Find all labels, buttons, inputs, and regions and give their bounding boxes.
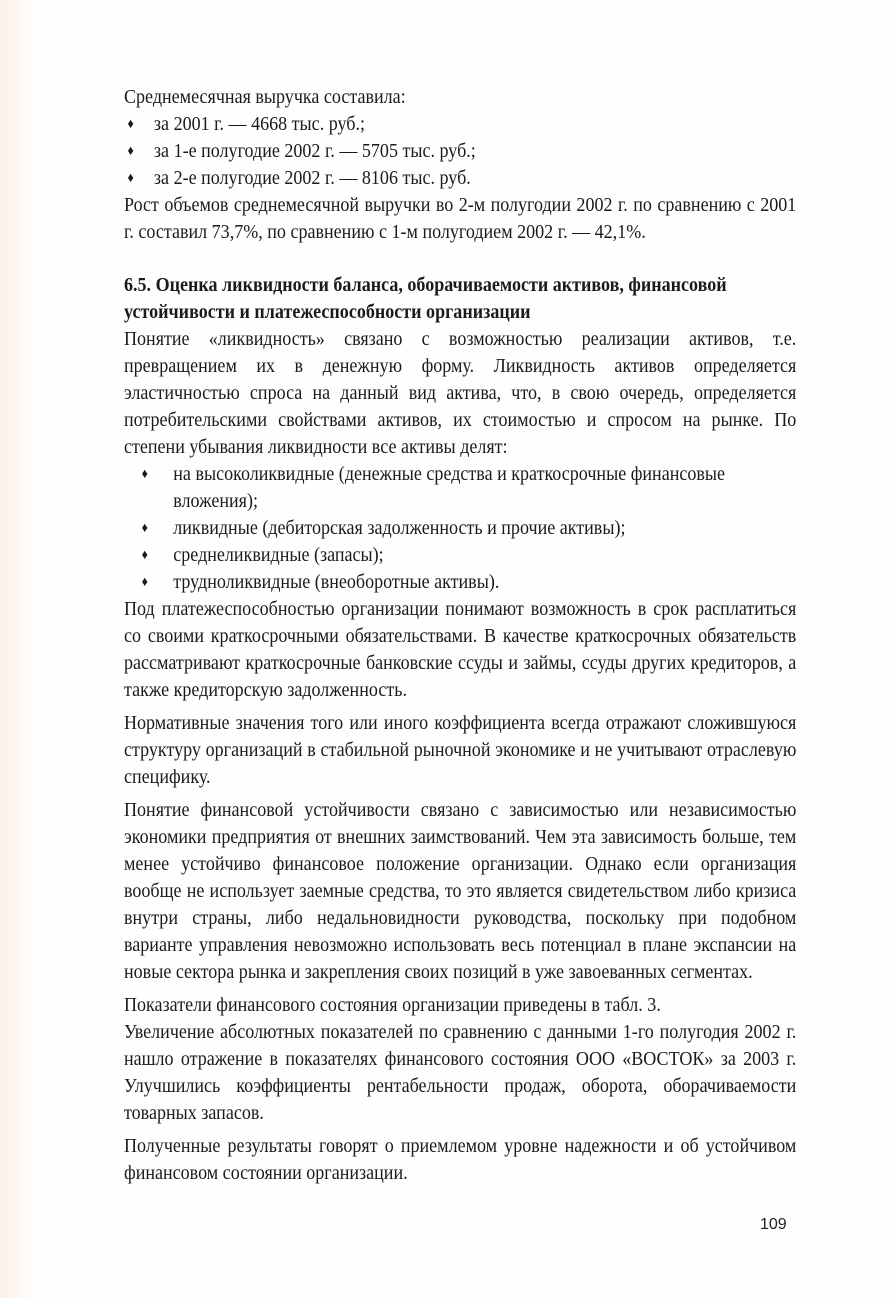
list-item: ♦за 1-е полугодие 2002 г. — 5705 тыс. ру… bbox=[124, 138, 796, 165]
list-item: ♦за 2-е полугодие 2002 г. — 8106 тыс. ру… bbox=[124, 165, 796, 192]
bullet-icon: ♦ bbox=[128, 138, 134, 165]
bullet-icon: ♦ bbox=[128, 165, 134, 192]
page-edge-shadow bbox=[0, 0, 40, 1298]
list-item: ♦ликвидные (дебиторская задолженность и … bbox=[136, 515, 796, 542]
solvency-paragraph: Под платежеспособностью организации пони… bbox=[124, 596, 796, 704]
liquidity-paragraph: Понятие «ликвидность» связано с возможно… bbox=[124, 326, 796, 461]
revenue-list: ♦за 2001 г. — 4668 тыс. руб.; ♦за 1-е по… bbox=[124, 111, 796, 192]
list-item: ♦за 2001 г. — 4668 тыс. руб.; bbox=[124, 111, 796, 138]
list-item: ♦на высоколиквидные (денежные средства и… bbox=[136, 461, 796, 515]
list-item: ♦трудноликвидные (внеоборотные активы). bbox=[136, 569, 796, 596]
list-item: ♦среднеликвидные (запасы); bbox=[136, 542, 796, 569]
bullet-icon: ♦ bbox=[142, 461, 148, 488]
liquidity-list: ♦на высоколиквидные (денежные средства и… bbox=[124, 461, 796, 596]
increase-paragraph: Увеличение абсолютных показателей по сра… bbox=[124, 1019, 796, 1127]
page-number: 109 bbox=[760, 1216, 787, 1234]
growth-paragraph: Рост объемов среднемесячной выручки во 2… bbox=[124, 192, 796, 246]
norms-paragraph: Нормативные значения того или иного коэф… bbox=[124, 710, 796, 791]
bullet-icon: ♦ bbox=[142, 515, 148, 542]
revenue-intro: Среднемесячная выручка составила: bbox=[124, 84, 796, 111]
bullet-icon: ♦ bbox=[142, 569, 148, 596]
conclusion-paragraph: Полученные результаты говорят о приемлем… bbox=[124, 1133, 796, 1187]
bullet-icon: ♦ bbox=[128, 111, 134, 138]
bullet-icon: ♦ bbox=[142, 542, 148, 569]
section-heading: 6.5. Оценка ликвидности баланса, оборачи… bbox=[124, 272, 796, 326]
stability-paragraph: Понятие финансовой устойчивости связано … bbox=[124, 797, 796, 986]
table-reference-paragraph: Показатели финансового состояния организ… bbox=[124, 992, 796, 1019]
document-page: Среднемесячная выручка составила: ♦за 20… bbox=[124, 84, 796, 1187]
